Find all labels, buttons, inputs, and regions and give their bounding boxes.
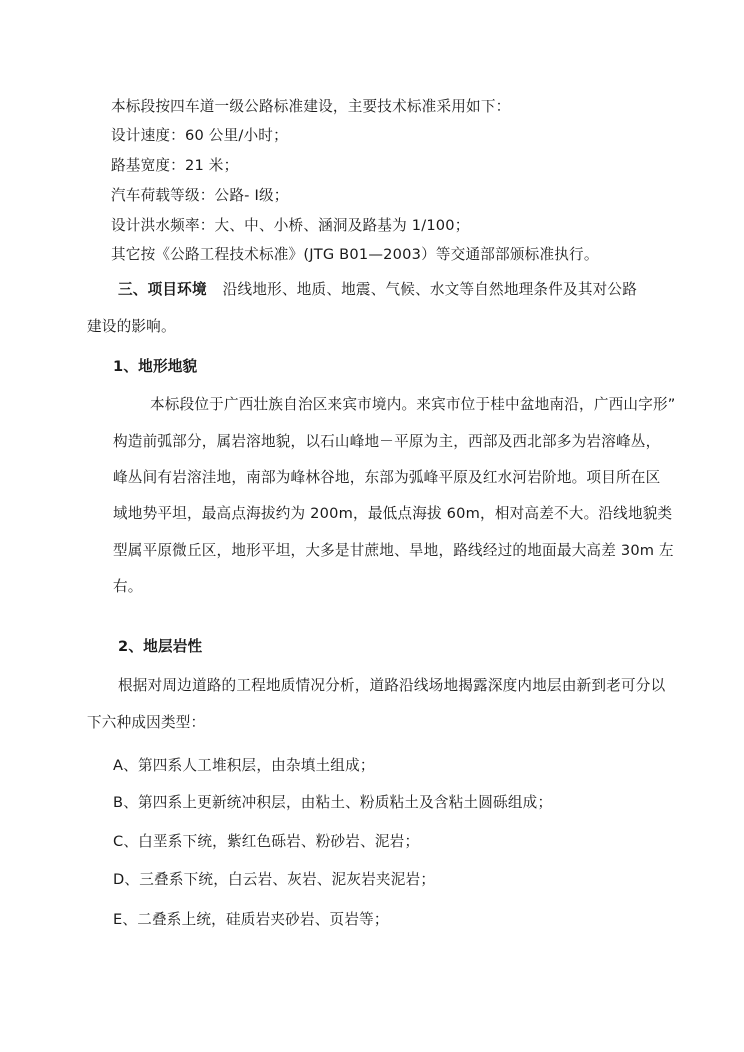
stratum-item: D、三叠系下统，白云岩、灰岩、泥灰岩夹泥岩； bbox=[113, 870, 435, 890]
stratum-item: A、第四系人工堆积层，由杂填土组成； bbox=[113, 756, 375, 776]
paragraph-line: 域地势平坦，最高点海拔约为 200m，最低点海拔 60m，相对高差不大。沿线地貌… bbox=[113, 504, 672, 524]
standard-item: 其它按《公路工程技术标准》(JTG B01—2003）等交通部部颁标准执行。 bbox=[111, 245, 599, 265]
paragraph-line: 根据对周边道路的工程地质情况分析，道路沿线场地揭露深度内地层由新到老可分以 bbox=[118, 676, 665, 696]
stratum-item: B、第四系上更新统冲积层，由粘土、粉质粘土及含粘土圆砾组成； bbox=[113, 793, 552, 813]
standard-item: 设计洪水频率：大、中、小桥、涵洞及路基为 1/100； bbox=[111, 216, 470, 236]
paragraph-line: 本标段位于广西壮族自治区来宾市境内。来宾市位于桂中盆地南沿，广西山字形” bbox=[150, 395, 676, 415]
paragraph-line: 下六种成因类型： bbox=[87, 713, 205, 733]
subsection1-heading: 1、地形地貌 bbox=[113, 357, 197, 377]
standard-item: 设计速度：60 公里/小时； bbox=[111, 126, 288, 146]
paragraph-line: 峰丛间有岩溶洼地，南部为峰林谷地，东部为弧峰平原及红水河岩阶地。项目所在区 bbox=[113, 468, 660, 488]
section3-heading: 三、项目环境 bbox=[118, 281, 207, 298]
paragraph-line: 构造前弧部分，属岩溶地貌，以石山峰地－平原为主，西部及西北部多为岩溶峰丛， bbox=[113, 432, 660, 452]
standard-item: 路基宽度：21 米； bbox=[111, 156, 238, 176]
stratum-item: E、二叠系上统，硅质岩夹砂岩、页岩等； bbox=[113, 910, 389, 930]
standard-item: 汽车荷载等级：公路- Ⅰ级； bbox=[111, 186, 289, 206]
paragraph-line: 型属平原微丘区，地形平坦，大多是甘蔗地、旱地，路线经过的地面最大高差 30m 左 bbox=[113, 541, 674, 561]
stratum-item: C、白垩系下统，紫红色砾岩、粉砂岩、泥岩； bbox=[113, 832, 419, 852]
subsection2-heading: 2、地层岩性 bbox=[118, 637, 202, 657]
section3-line1: 三、项目环境沿线地形、地质、地震、气候、水文等自然地理条件及其对公路 bbox=[118, 280, 637, 300]
section3-text: 沿线地形、地质、地震、气候、水文等自然地理条件及其对公路 bbox=[223, 281, 637, 298]
paragraph-line: 右。 bbox=[113, 577, 143, 597]
standards-intro: 本标段按四车道一级公路标准建设，主要技术标准采用如下： bbox=[111, 97, 510, 117]
section3-line2: 建设的影响。 bbox=[87, 317, 176, 337]
